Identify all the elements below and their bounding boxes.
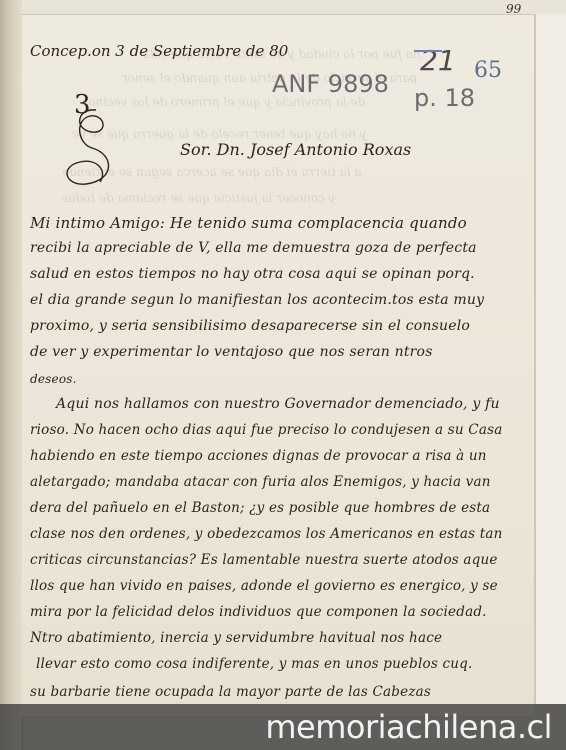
folio-mark: 21 xyxy=(420,44,456,77)
letter-line: salud en estos tiempos no hay otra cosa … xyxy=(30,266,475,282)
letter-line: Ntro abatimiento, inercia y servidumbre … xyxy=(30,630,442,646)
letter-line: su barbarie tiene ocupada la mayor parte… xyxy=(30,684,431,700)
place-date-line: Concep.on 3 de Septiembre de 80 xyxy=(30,42,288,60)
archive-code-stamp: ANF 9898 xyxy=(272,70,389,98)
letter-line: habiendo en este tiempo acciones dignas … xyxy=(30,448,487,464)
flourish-icon xyxy=(56,100,126,190)
page-edge xyxy=(534,14,566,704)
letter-line: clase nos den ordenes, y obedezcamos los… xyxy=(30,526,503,542)
letter-line: proximo, y seria sensibilisimo desaparec… xyxy=(30,318,470,334)
stamp-number: 65 xyxy=(474,58,502,83)
site-watermark: memoriachilena.cl xyxy=(265,708,552,746)
letter-line: Aqui nos hallamos con nuestro Governador… xyxy=(56,396,500,412)
letter-line: de ver y experimentar lo ventajoso que n… xyxy=(30,344,433,360)
letter-line: aletargado; mandaba atacar con furia alo… xyxy=(30,474,491,490)
letter-line: deseos. xyxy=(30,372,77,386)
top-page-number: 99 xyxy=(506,2,521,16)
letter-line: criticas circunstancias? Es lamentable n… xyxy=(30,552,498,568)
letter-line: Mi intimo Amigo: He tenido suma complace… xyxy=(30,214,467,232)
addressee-line: Sor. Dn. Josef Antonio Roxas xyxy=(180,140,411,159)
letter-line: el dia grande segun lo manifiestan los a… xyxy=(30,292,484,308)
letter-line: recibi la apreciable de V, ella me demue… xyxy=(30,240,477,256)
letter-line: llos que han vivido en paises, adonde el… xyxy=(30,578,498,594)
blue-underline xyxy=(414,50,442,52)
letter-line: rioso. No hacen ocho dias aqui fue preci… xyxy=(30,422,502,438)
bleed-through-text: y conocer la justicia que se reclama de … xyxy=(62,191,335,205)
letter-line: llevar esto como cosa indiferente, y mas… xyxy=(36,656,472,672)
letter-line: mira por la felicidad delos individuos q… xyxy=(30,604,487,620)
page-reference: p. 18 xyxy=(414,84,475,112)
book-binding xyxy=(0,0,23,750)
letter-line: dera del pañuelo en el Baston; ¿y es pos… xyxy=(30,500,490,516)
